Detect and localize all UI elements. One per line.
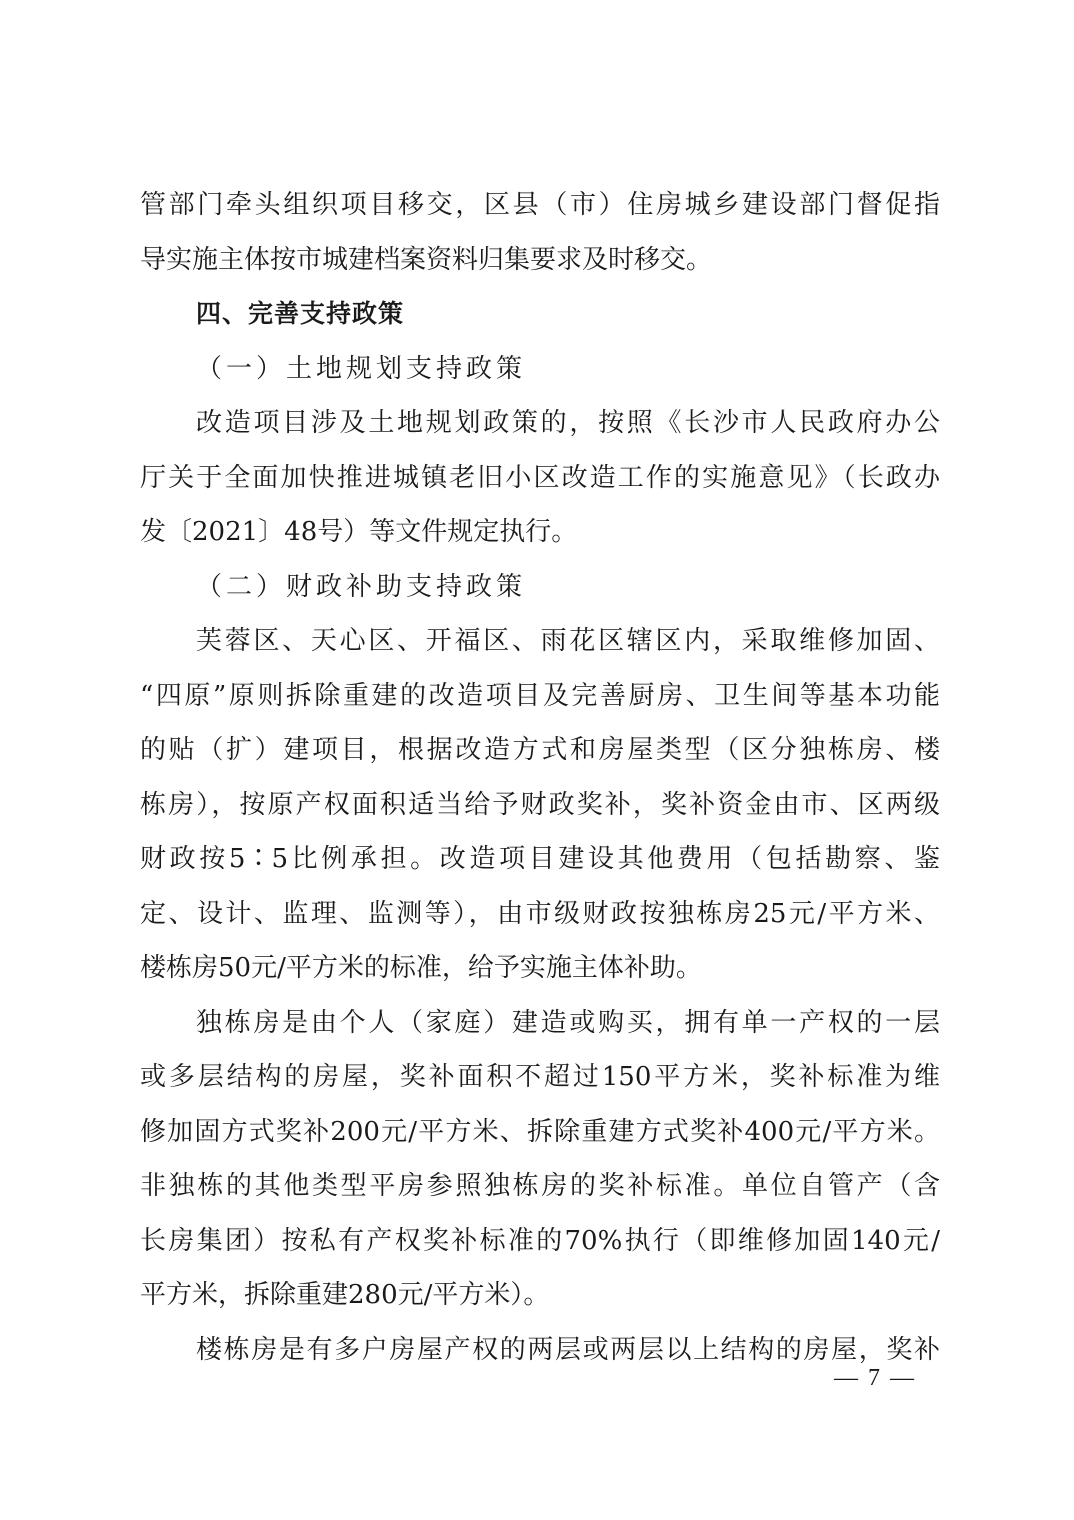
paragraph-line: 的贴（扩）建项目，根据改造方式和房屋类型（区分独栋房、楼	[140, 723, 940, 778]
paragraph-line: 长房集团）按私有产权奖补标准的70%执行（即维修加固140元/	[140, 1214, 940, 1269]
paragraph-line: 楼栋房50元/平方米的标准，给予实施主体补助。	[140, 941, 940, 996]
paragraph-line: “四原”原则拆除重建的改造项目及完善厨房、卫生间等基本功能	[140, 669, 940, 724]
subsection-heading: （一）土地规划支持政策	[140, 342, 940, 397]
paragraph-line: 平方米，拆除重建280元/平方米）。	[140, 1268, 940, 1323]
paragraph-line: 楼栋房是有多户房屋产权的两层或两层以上结构的房屋，奖补	[140, 1323, 940, 1378]
section-heading: 四、完善支持政策	[140, 287, 940, 342]
paragraph-line: 修加固方式奖补200元/平方米、拆除重建方式奖补400元/平方米。	[140, 1105, 940, 1160]
paragraph-line: 芙蓉区、天心区、开福区、雨花区辖区内，采取维修加固、	[140, 614, 940, 669]
paragraph-line: 厅关于全面加快推进城镇老旧小区改造工作的实施意见》（长政办	[140, 451, 940, 506]
paragraph-line: 非独栋的其他类型平房参照独栋房的奖补标准。单位自管产（含	[140, 1159, 940, 1214]
paragraph-line: 栋房），按原产权面积适当给予财政奖补，奖补资金由市、区两级	[140, 778, 940, 833]
document-page: 管部门牵头组织项目移交，区县（市）住房城乡建设部门督促指 导实施主体按市城建档案…	[0, 0, 1074, 1520]
document-body: 管部门牵头组织项目移交，区县（市）住房城乡建设部门督促指 导实施主体按市城建档案…	[140, 178, 940, 1377]
subsection-heading: （二）财政补助支持政策	[140, 560, 940, 615]
page-number: — 7 —	[834, 1365, 916, 1392]
paragraph-line: 管部门牵头组织项目移交，区县（市）住房城乡建设部门督促指	[140, 178, 940, 233]
paragraph-line: 独栋房是由个人（家庭）建造或购买，拥有单一产权的一层	[140, 996, 940, 1051]
paragraph-line: 或多层结构的房屋，奖补面积不超过150平方米，奖补标准为维	[140, 1050, 940, 1105]
paragraph-line: 改造项目涉及土地规划政策的，按照《长沙市人民政府办公	[140, 396, 940, 451]
paragraph-line: 定、设计、监理、监测等），由市级财政按独栋房25元/平方米、	[140, 887, 940, 942]
paragraph-line: 导实施主体按市城建档案资料归集要求及时移交。	[140, 233, 940, 288]
paragraph-line: 发〔2021〕48号）等文件规定执行。	[140, 505, 940, 560]
paragraph-line: 财政按5∶5比例承担。改造项目建设其他费用（包括勘察、鉴	[140, 832, 940, 887]
